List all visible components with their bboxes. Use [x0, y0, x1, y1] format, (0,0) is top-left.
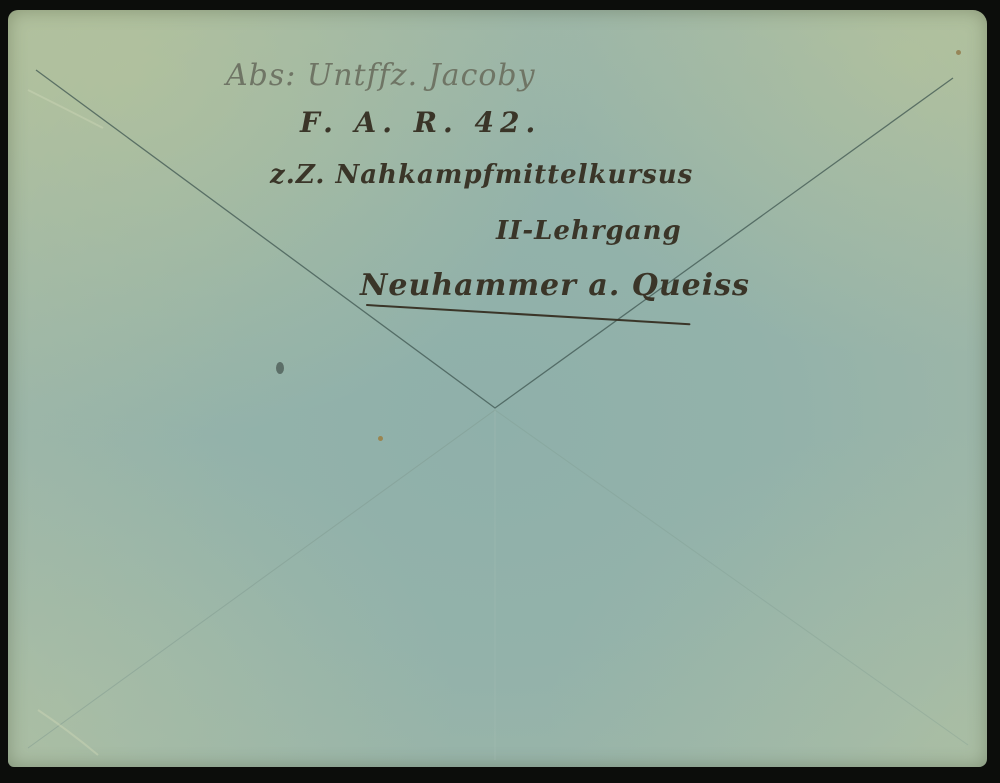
sender-line-3: z.Z. Nahkampfmittelkursus	[270, 160, 693, 190]
stain-spot	[956, 50, 961, 55]
stain-spot	[378, 436, 383, 441]
envelope-back: Abs: Untffz. Jacoby F. A. R. 42. z.Z. Na…	[8, 10, 987, 767]
sender-line-2: F. A. R. 42.	[300, 106, 541, 139]
sender-line-4: II-Lehrgang	[496, 216, 682, 246]
ink-spot	[276, 362, 284, 374]
sender-line-5: Neuhammer a. Queiss	[360, 268, 750, 303]
sender-line-1: Abs: Untffz. Jacoby	[226, 58, 536, 93]
photo-scene: Abs: Untffz. Jacoby F. A. R. 42. z.Z. Na…	[0, 0, 1000, 783]
